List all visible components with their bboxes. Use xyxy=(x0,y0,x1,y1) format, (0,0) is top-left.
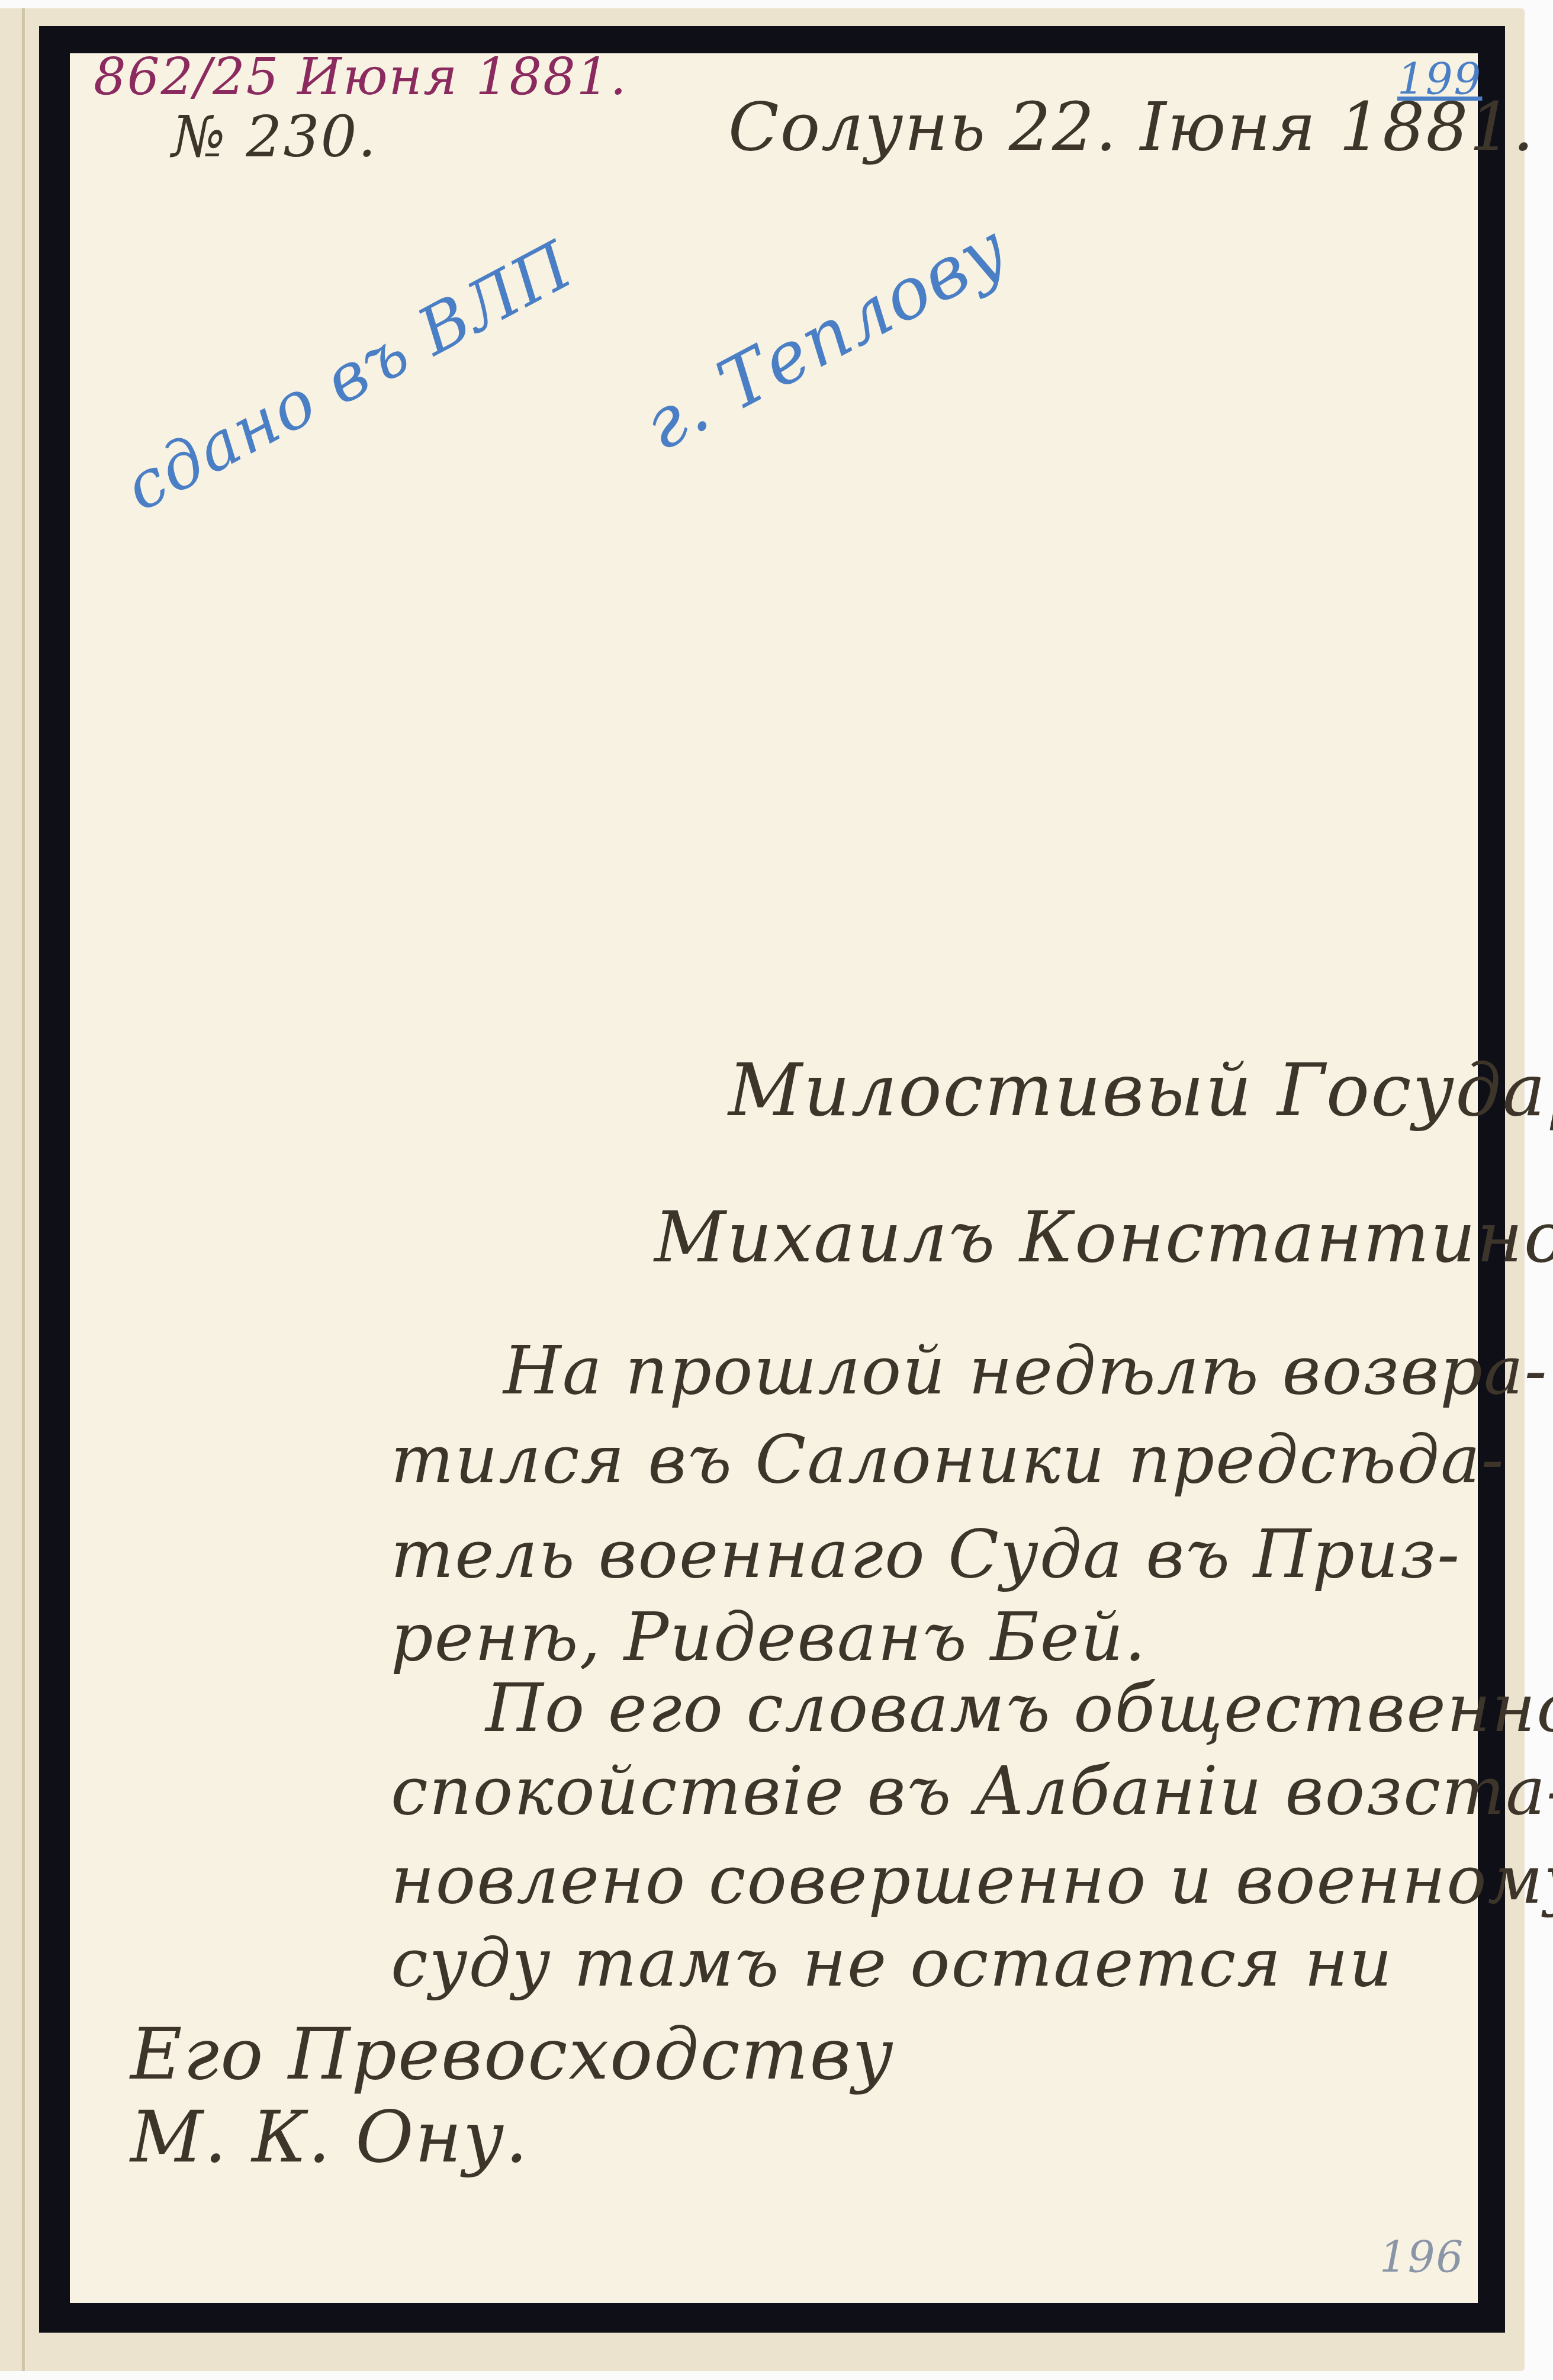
folio-number-bottom: 196 xyxy=(1380,2233,1464,2282)
body-line: новлено совершенно и военному xyxy=(391,1842,1553,1919)
body-line: спокойствіе въ Албаніи возста- xyxy=(391,1753,1553,1830)
addressee-name: Михаилъ Константиновичъ, xyxy=(654,1196,1553,1278)
body-line: По его словамъ общественное xyxy=(485,1670,1553,1747)
body-line: тился въ Салоники предсѣда- xyxy=(391,1421,1505,1498)
paper-fold-line xyxy=(22,8,25,2371)
body-line: тель военнаго Суда въ Приз- xyxy=(391,1516,1461,1593)
recipient-title: Его Превосходству xyxy=(130,2013,895,2096)
recipient-name: М. К. Ону. xyxy=(130,2096,529,2179)
salutation: Милостивый Государь xyxy=(728,1048,1553,1132)
body-line: На прошлой недѣлѣ возвра- xyxy=(503,1332,1548,1409)
body-line: ренѣ, Ридеванъ Бей. xyxy=(391,1599,1147,1676)
registry-mark: 862/25 Июня 1881. xyxy=(94,47,628,107)
body-line: суду тамъ не остается ни xyxy=(391,1925,1393,2002)
folio-number-top: 199 xyxy=(1397,54,1482,104)
outgoing-number: № 230. xyxy=(172,104,377,170)
